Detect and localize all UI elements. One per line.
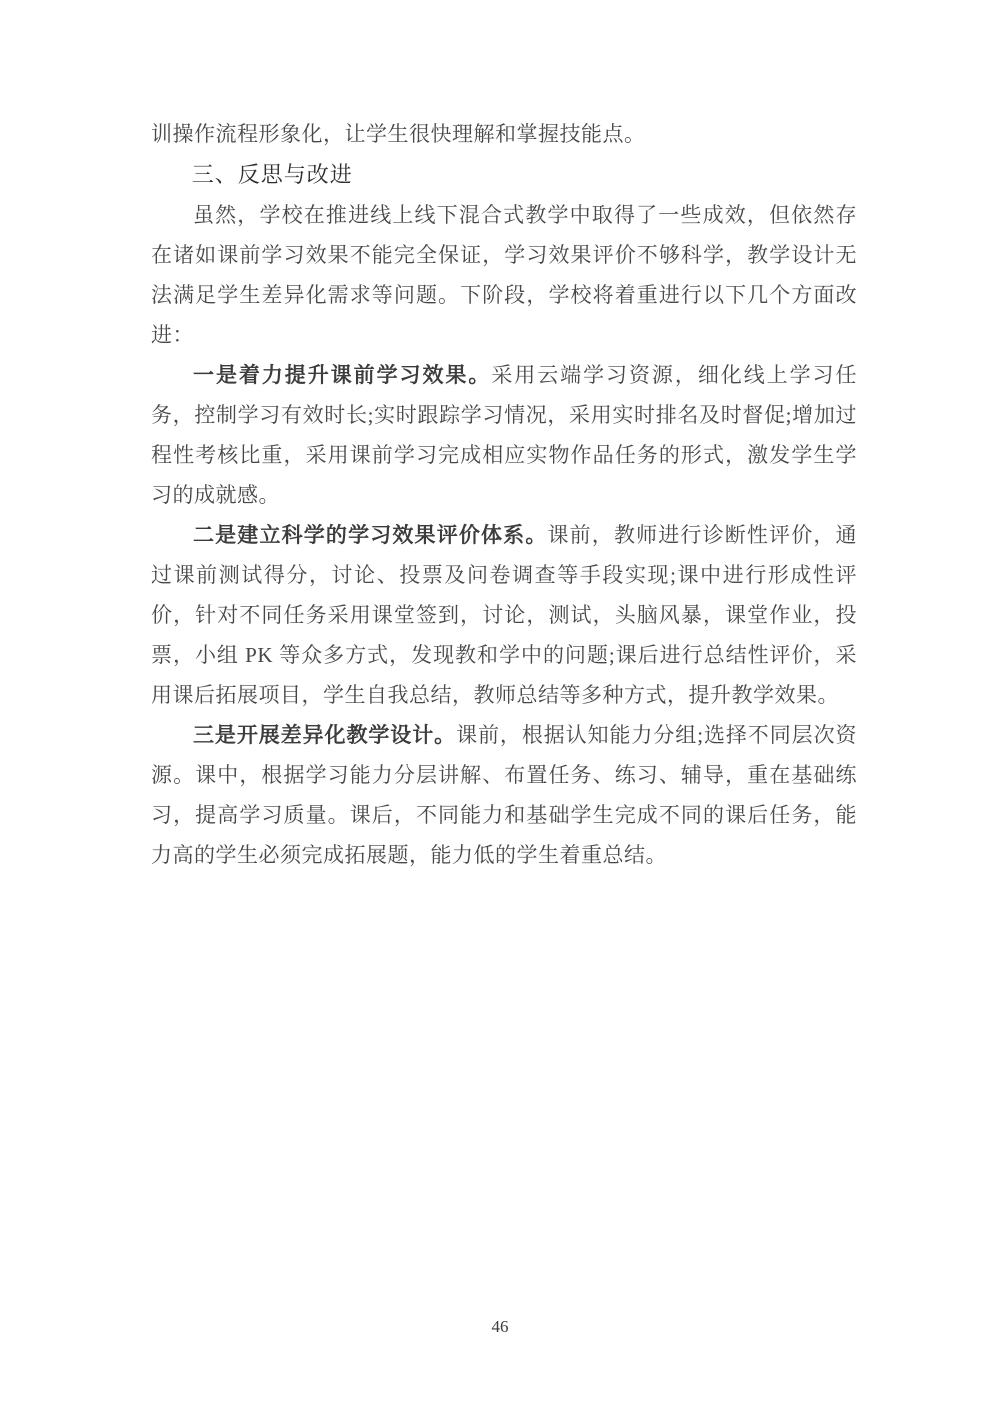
point-2-text: 课前，教师进行诊断性评价，通过课前测试得分，讨论、投票及问卷调查等手段实现;课中… <box>151 523 857 707</box>
section-heading: 三、反思与改进 <box>151 154 857 195</box>
paragraph-point-3: 三是开展差异化教学设计。课前，根据认知能力分组;选择不同层次资源。课中，根据学习… <box>151 715 857 875</box>
paragraph-point-1: 一是着力提升课前学习效果。采用云端学习资源，细化线上学习任务，控制学习有效时长;… <box>151 355 857 515</box>
paragraph-point-2: 二是建立科学的学习效果评价体系。课前，教师进行诊断性评价，通过课前测试得分，讨论… <box>151 515 857 715</box>
document-body: 训操作流程形象化，让学生很快理解和掌握技能点。 三、反思与改进 虽然，学校在推进… <box>151 114 857 875</box>
point-3-lead: 三是开展差异化教学设计。 <box>193 723 456 747</box>
page-number: 46 <box>0 1317 1000 1337</box>
point-2-lead: 二是建立科学的学习效果评价体系。 <box>193 523 547 547</box>
document-page: 训操作流程形象化，让学生很快理解和掌握技能点。 三、反思与改进 虽然，学校在推进… <box>0 0 1000 1415</box>
paragraph-intro: 虽然，学校在推进线上线下混合式教学中取得了一些成效，但依然存在诸如课前学习效果不… <box>151 195 857 355</box>
point-1-lead: 一是着力提升课前学习效果。 <box>193 363 491 387</box>
paragraph-continuation: 训操作流程形象化，让学生很快理解和掌握技能点。 <box>151 114 857 154</box>
